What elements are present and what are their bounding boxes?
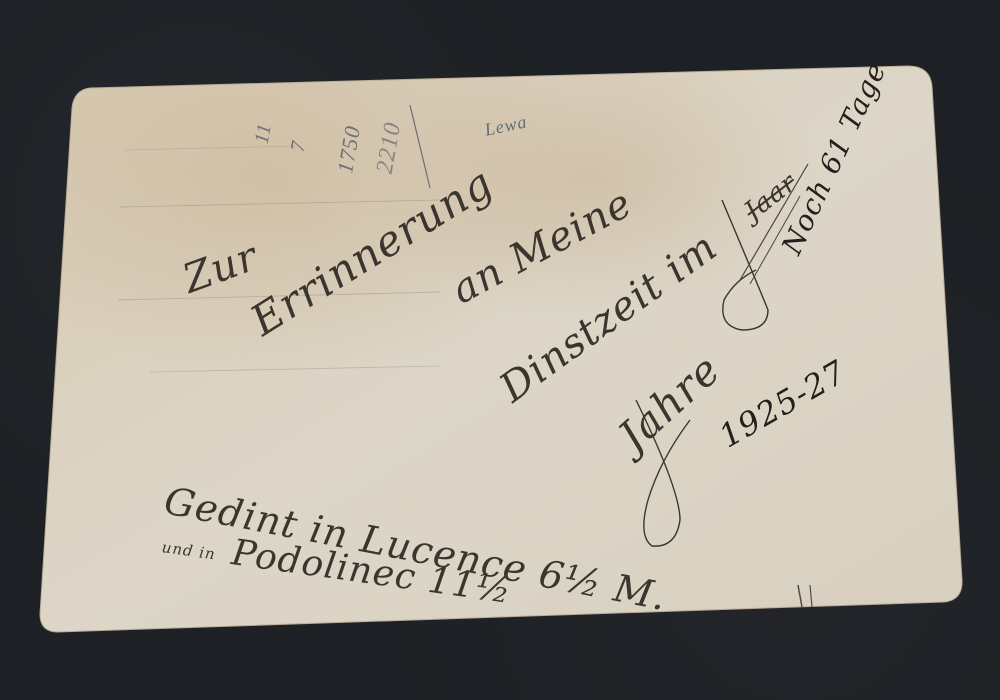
postcard-photo: 11 7 1750 2210 Lewa Zur Errinnerung an M… — [0, 0, 1000, 700]
pencil-note-11: 11 — [251, 121, 277, 145]
